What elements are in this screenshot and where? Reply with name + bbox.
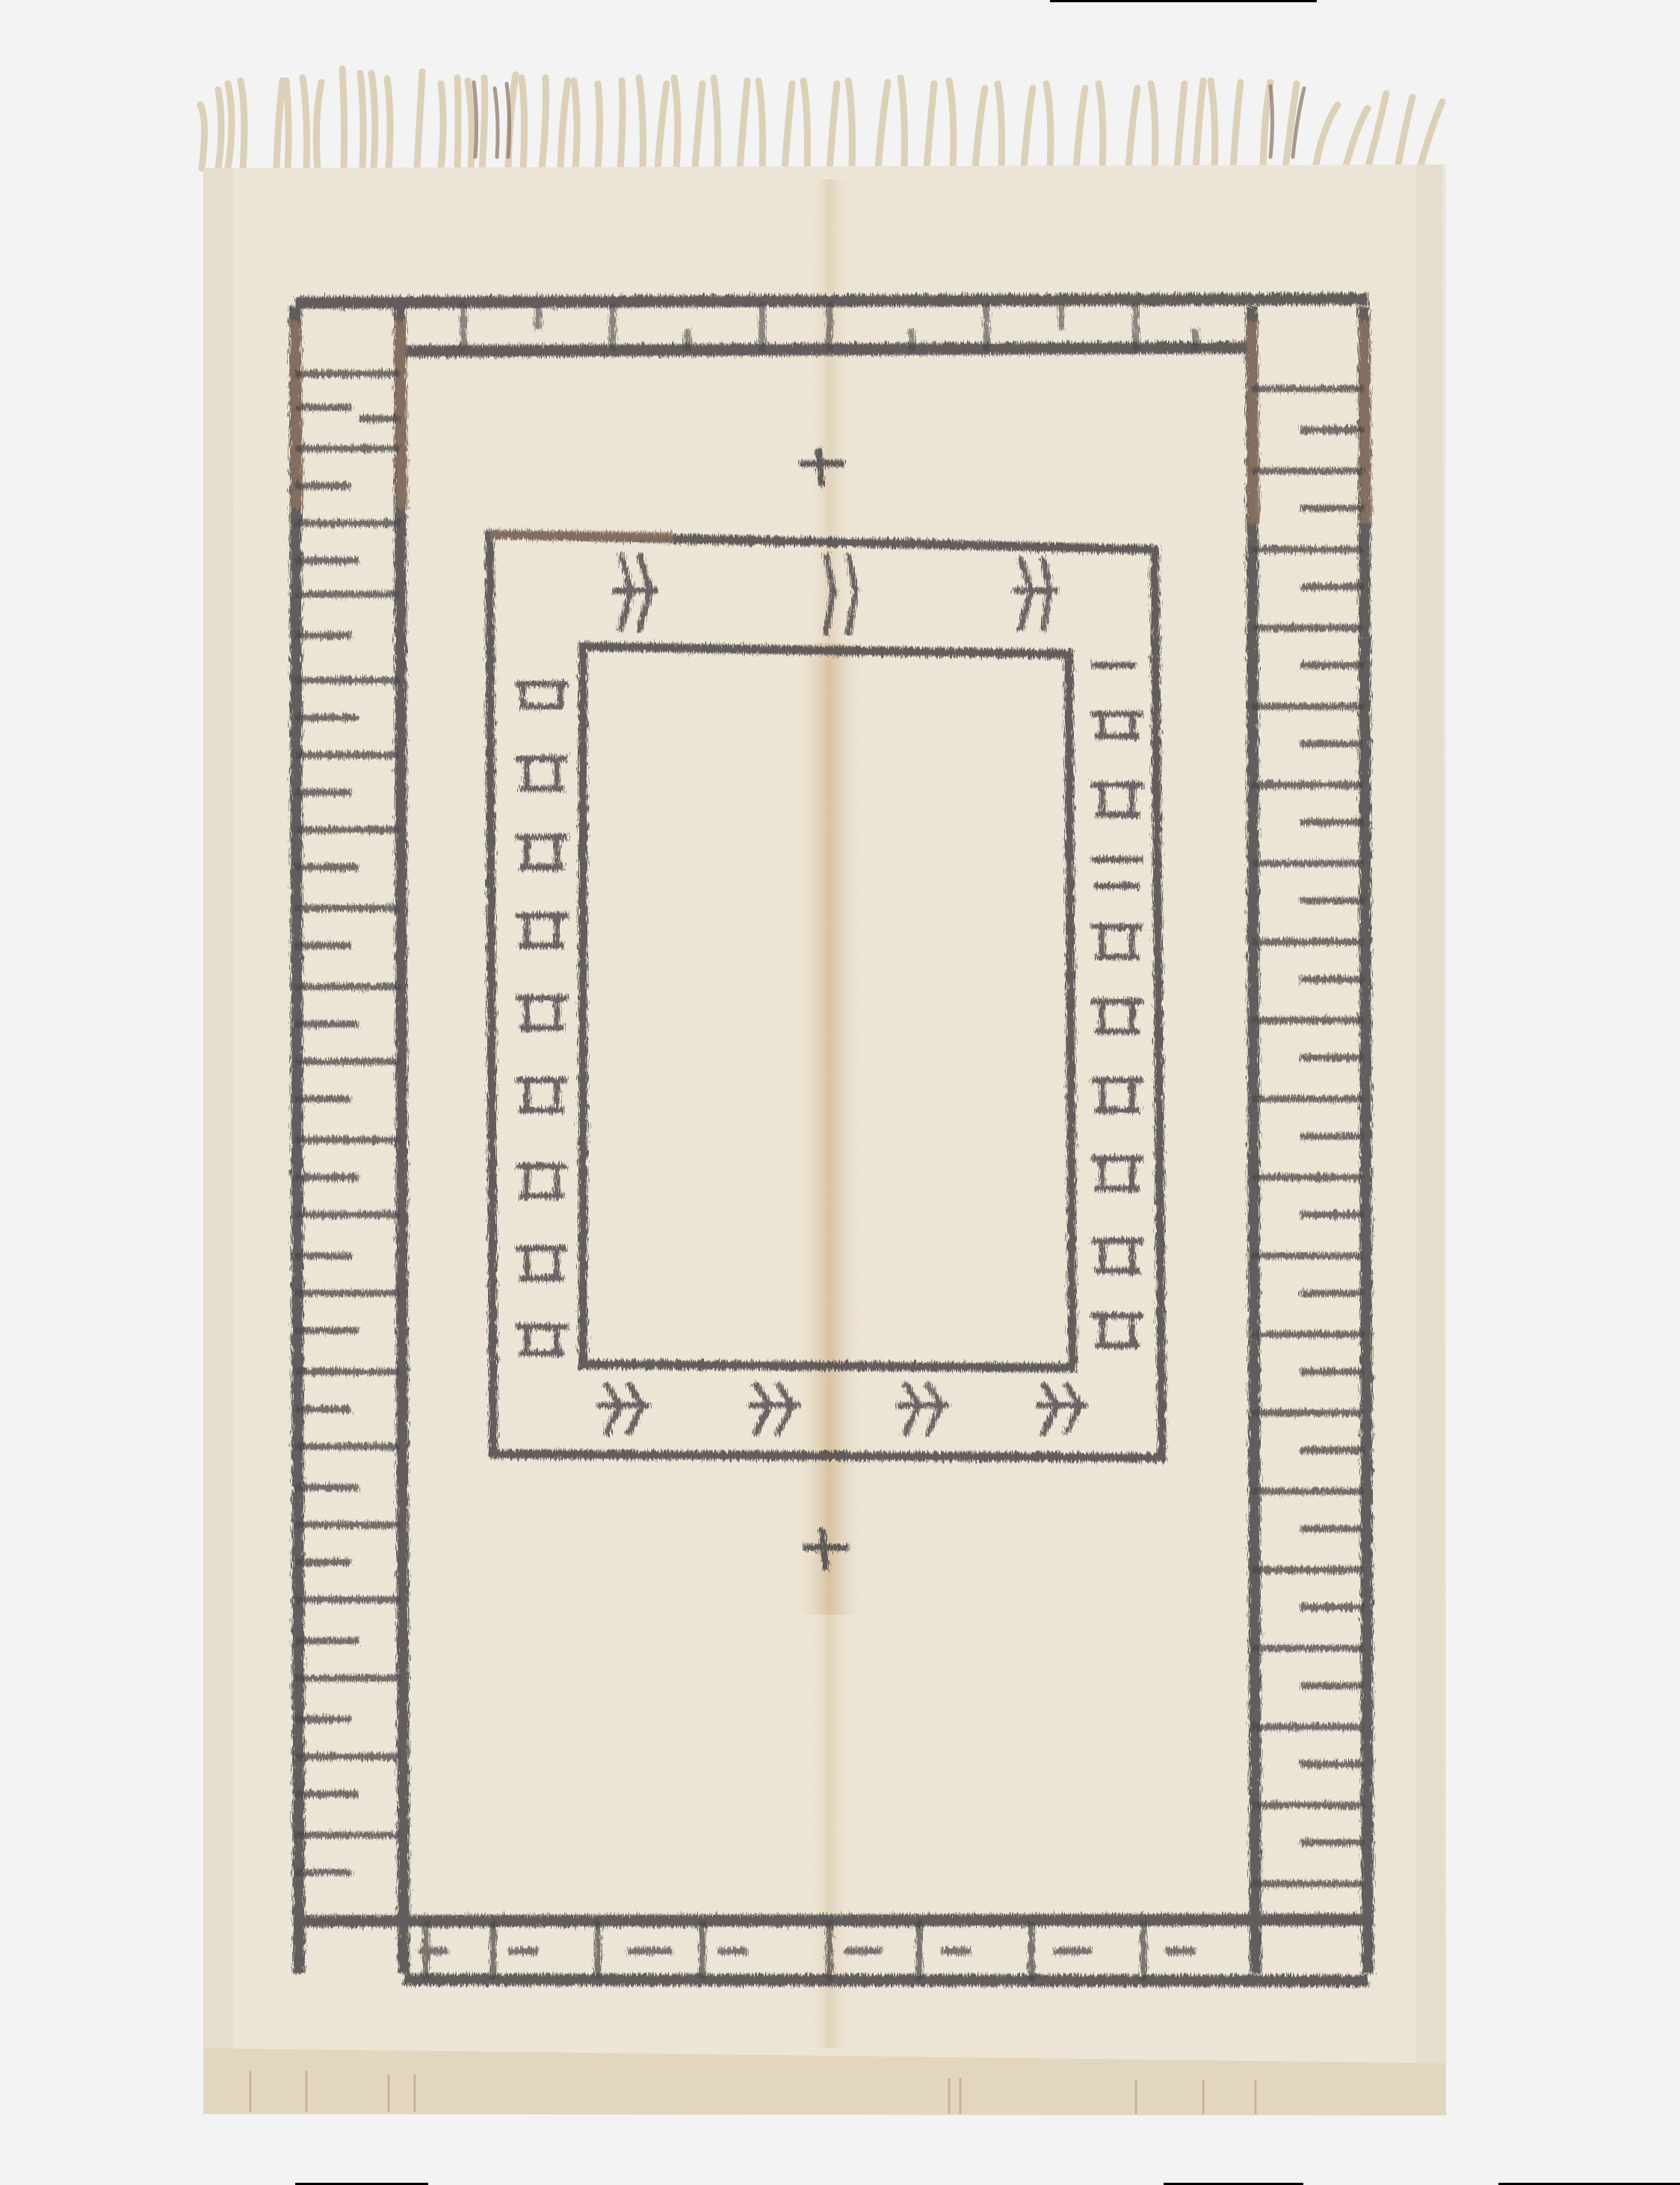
rug-illustration <box>0 0 1680 2185</box>
fringe <box>200 69 1442 168</box>
rug-product-photo <box>0 0 1680 2185</box>
top-edge-mark <box>1050 0 1317 2</box>
